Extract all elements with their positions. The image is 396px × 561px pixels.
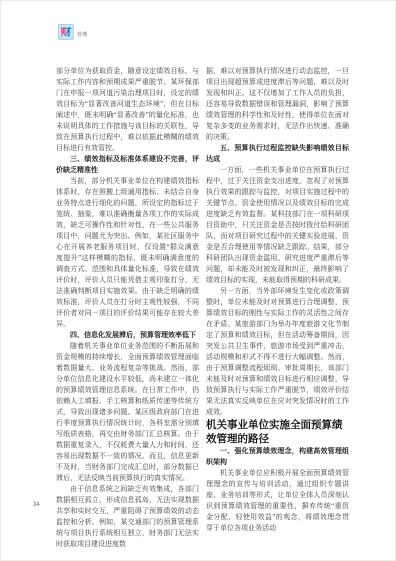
right-text-column: 据，难以对预算执行情况进行动态监控，一旦项目出现超预算或进度滞后等问题，难以及时… [206, 66, 349, 534]
magazine-page: 财 管理 部分单位为获取资金，随意设定绩效目标，与实际工作内容和预期成果严重脱节… [0, 0, 396, 561]
paragraph: 另一方面，当外部环境发生变化或政策调整时，单位未能及时对预算进行合理调整，预算绩… [206, 286, 349, 418]
paragraph: 当前，部分机关事业单位在构建绩效指标体系时，存在照搬上级通用指标、未结合自身业务… [56, 176, 199, 330]
page-number: 34 [33, 502, 40, 508]
article-section-title: 机关事业单位实施全面预算绩效管理的路径 [206, 418, 349, 446]
paragraph: 由于信息系统之间缺乏有效集成，各部门数据相互孤立，形成信息孤岛，无法实现数据共享… [56, 484, 199, 550]
paragraph: 据，难以对预算执行情况进行动态监控，一旦项目出现超预算或进度滞后等问题，难以及时… [206, 66, 349, 143]
left-text-column: 部分单位为获取资金，随意设定绩效目标，与实际工作内容和预期成果严重脱节。某环保部… [56, 66, 199, 550]
paragraph: 随着机关事业单位业务范围的不断拓展和资金规模的持续增长，全面预算绩效管理面临着数… [56, 341, 199, 484]
paragraph: 机关事业单位应积极开展全面预算绩效管理理念的宣传与培训活动，通过组织专题讲座、业… [206, 468, 349, 534]
paragraph: 一方面，一些机关事业单位在预算执行过程中，过于关注资金支出进度，忽视了对预算执行… [206, 165, 349, 286]
section-heading: 一、强化预算绩效理念，构建高效管理组织架构 [206, 446, 349, 468]
logo-character: 财 [61, 27, 72, 38]
brand-label: 管理 [77, 33, 88, 38]
brand-logo: 财 管理 [58, 24, 88, 40]
cai-magazine-logo-icon: 财 [58, 24, 74, 40]
paragraph: 部分单位为获取资金，随意设定绩效目标，与实际工作内容和预期成果严重脱节。某环保部… [56, 66, 199, 154]
section-heading: 四、信息化发展滞后，预算管理效率低下 [56, 330, 199, 341]
section-heading: 三、绩效指标及标准体系建设不完善，评价缺乏精准性 [56, 154, 199, 176]
section-heading: 五、预算执行过程监控缺失影响绩效目标达成 [206, 143, 349, 165]
